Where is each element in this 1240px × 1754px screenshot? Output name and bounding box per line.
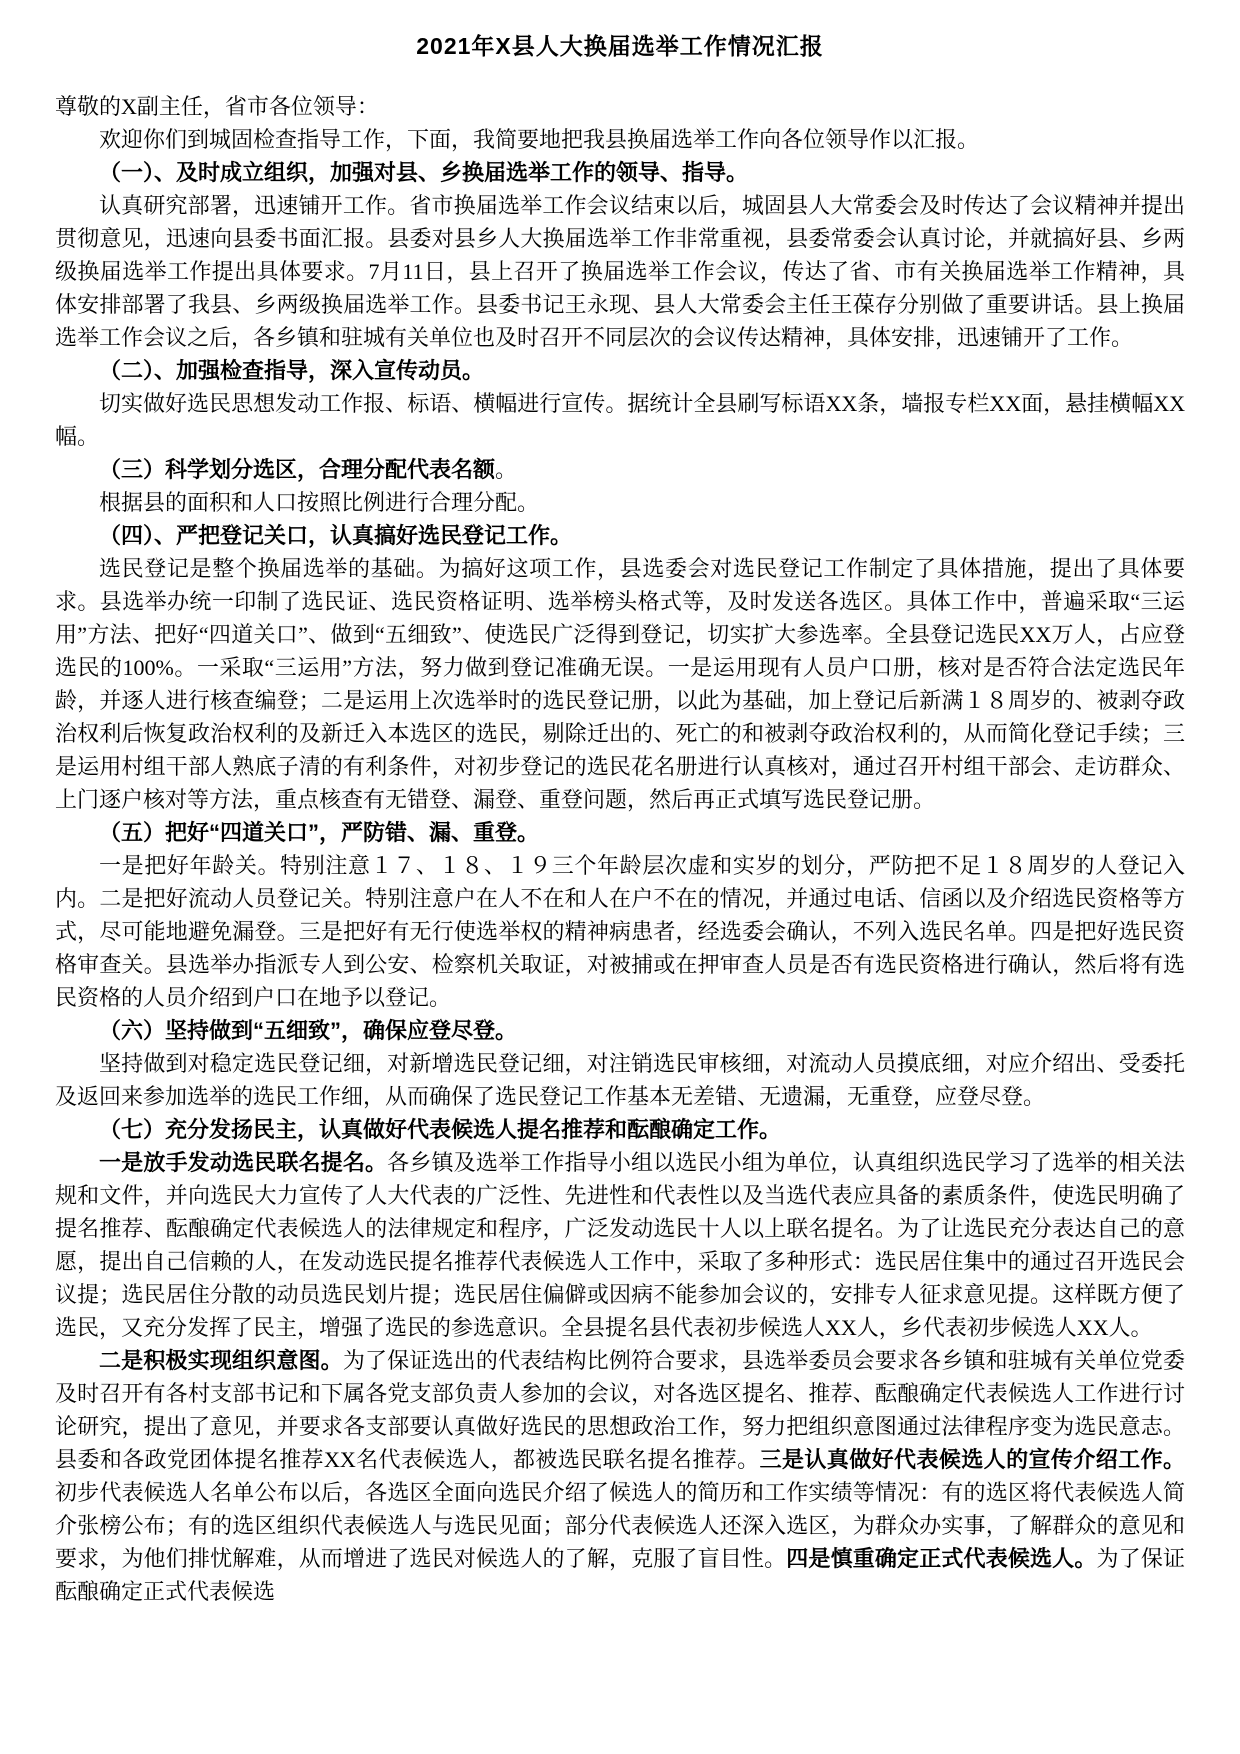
section-heading: （四）、严把登记关口，认真搞好选民登记工作。: [55, 519, 1185, 552]
section-heading: （六）坚持做到“五细致”，确保应登尽登。: [55, 1014, 1185, 1047]
text-run: 各乡镇及选举工作指导小组以选民小组为单位，认真组织选民学习了选举的相关法规和文件…: [55, 1150, 1185, 1340]
paragraph: 一是把好年龄关。特别注意１７、１８、１９三个年龄层次虚和实岁的划分，严防把不足１…: [55, 849, 1185, 1014]
bold-text-run: （六）坚持做到“五细致”，确保应登尽登。: [99, 1018, 517, 1043]
text-run: 一是把好年龄关。特别注意１７、１８、１９三个年龄层次虚和实岁的划分，严防把不足１…: [55, 853, 1185, 1010]
bold-text-run: 四是慎重确定正式代表候选人。: [786, 1546, 1096, 1571]
bold-text-run: 三是认真做好代表候选人的宣传介绍工作。: [760, 1447, 1185, 1472]
paragraph: 一是放手发动选民联名提名。各乡镇及选举工作指导小组以选民小组为单位，认真组织选民…: [55, 1146, 1185, 1344]
text-run: 切实做好选民思想发动工作报、标语、横幅进行宣传。据统计全县刷写标语XX条，墙报专…: [55, 391, 1185, 449]
paragraph: 尊敬的X副主任，省市各位领导：: [55, 90, 1185, 123]
bold-text-run: （三）科学划分选区，合理分配代表名额: [99, 457, 495, 482]
bold-text-run: 二是积极实现组织意图。: [99, 1348, 343, 1373]
bold-text-run: （五）把好“四道关口”，严防错、漏、重登。: [99, 820, 539, 845]
text-run: 坚持做到对稳定选民登记细，对新增选民登记细，对注销选民审核细，对流动人员摸底细，…: [55, 1051, 1185, 1109]
text-run: 欢迎你们到城固检查指导工作，下面，我简要地把我县换届选举工作向各位领导作以汇报。: [99, 127, 979, 152]
bold-text-run: （四）、严把登记关口，认真搞好选民登记工作。: [99, 523, 572, 548]
paragraph: 认真研究部署，迅速铺开工作。省市换届选举工作会议结束以后，城固县人大常委会及时传…: [55, 189, 1185, 354]
bold-text-run: （二）、加强检查指导，深入宣传动员。: [99, 358, 484, 383]
document-page: 2021年X县人大换届选举工作情况汇报 尊敬的X副主任，省市各位领导：欢迎你们到…: [0, 0, 1240, 1754]
paragraph: 选民登记是整个换届选举的基础。为搞好这项工作，县选委会对选民登记工作制定了具体措…: [55, 552, 1185, 816]
text-run: 根据县的面积和人口按照比例进行合理分配。: [99, 490, 539, 515]
text-run: 尊敬的X副主任，省市各位领导：: [55, 94, 379, 119]
paragraph: 二是积极实现组织意图。为了保证选出的代表结构比例符合要求，县选举委员会要求各乡镇…: [55, 1344, 1185, 1608]
section-heading: （二）、加强检查指导，深入宣传动员。: [55, 354, 1185, 387]
bold-text-run: （七）充分发扬民主，认真做好代表候选人提名推荐和酝酿确定工作。: [99, 1117, 781, 1142]
paragraph: 切实做好选民思想发动工作报、标语、横幅进行宣传。据统计全县刷写标语XX条，墙报专…: [55, 387, 1185, 453]
paragraph: 根据县的面积和人口按照比例进行合理分配。: [55, 486, 1185, 519]
bold-text-run: （一）、及时成立组织，加强对县、乡换届选举工作的领导、指导。: [99, 160, 748, 185]
text-run: 认真研究部署，迅速铺开工作。省市换届选举工作会议结束以后，城固县人大常委会及时传…: [55, 193, 1185, 350]
text-run: 。: [495, 457, 517, 482]
section-heading: （一）、及时成立组织，加强对县、乡换届选举工作的领导、指导。: [55, 156, 1185, 189]
paragraph: 欢迎你们到城固检查指导工作，下面，我简要地把我县换届选举工作向各位领导作以汇报。: [55, 123, 1185, 156]
document-title: 2021年X县人大换届选举工作情况汇报: [55, 28, 1185, 64]
document-body: 尊敬的X副主任，省市各位领导：欢迎你们到城固检查指导工作，下面，我简要地把我县换…: [55, 90, 1185, 1608]
bold-text-run: 一是放手发动选民联名提名。: [99, 1150, 387, 1175]
section-heading: （三）科学划分选区，合理分配代表名额。: [55, 453, 1185, 486]
section-heading: （七）充分发扬民主，认真做好代表候选人提名推荐和酝酿确定工作。: [55, 1113, 1185, 1146]
paragraph: 坚持做到对稳定选民登记细，对新增选民登记细，对注销选民审核细，对流动人员摸底细，…: [55, 1047, 1185, 1113]
section-heading: （五）把好“四道关口”，严防错、漏、重登。: [55, 816, 1185, 849]
text-run: 选民登记是整个换届选举的基础。为搞好这项工作，县选委会对选民登记工作制定了具体措…: [55, 556, 1185, 812]
